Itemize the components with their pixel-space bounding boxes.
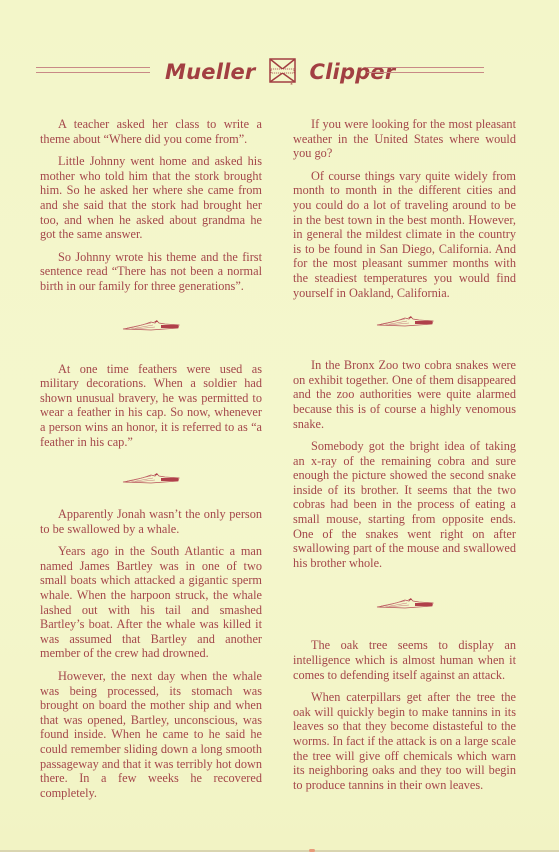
story-pleasant-weather: If you were looking for the most pleasan… (293, 117, 516, 300)
paragraph: When caterpillars get after the tree the… (293, 690, 516, 792)
paragraph: Years ago in the South Atlantic a man na… (40, 544, 262, 661)
title-mueller: Mueller (165, 60, 256, 84)
paragraph: The oak tree seems to display an intelli… (293, 638, 516, 682)
mueller-m-logo-icon: ® (269, 58, 296, 85)
masthead-title: Mueller ® Clipper (165, 58, 395, 85)
masthead: Mueller ® Clipper (0, 30, 559, 62)
paragraph: If you were looking for the most pleasan… (293, 117, 516, 161)
masthead-rule-left (36, 67, 150, 73)
story-feather-cap: At one time feathers were used as milita… (40, 362, 262, 450)
newsletter-page: Mueller ® Clipper A teacher asked her cl… (0, 0, 559, 852)
paragraph: At one time feathers were used as milita… (40, 362, 262, 450)
story-where-from: A teacher asked her class to write a the… (40, 117, 262, 294)
paragraph: So Johnny wrote his theme and the first … (40, 250, 262, 294)
story-jonah-whale: Apparently Jonah wasn’t the only person … (40, 507, 262, 800)
paragraph: Somebody got the bright idea of taking a… (293, 439, 516, 570)
story-bronx-cobras: In the Bronx Zoo two cobra snakes were o… (293, 358, 516, 570)
right-column: If you were looking for the most pleasan… (293, 117, 516, 800)
left-column: A teacher asked her class to write a the… (40, 117, 262, 808)
paragraph: A teacher asked her class to write a the… (40, 117, 262, 146)
paragraph: In the Bronx Zoo two cobra snakes were o… (293, 358, 516, 431)
masthead-rule-right (367, 67, 484, 73)
clipper-ship-ornament-icon (121, 471, 181, 485)
clipper-ship-ornament-icon (375, 596, 435, 610)
clipper-ship-ornament-icon (121, 318, 181, 332)
paragraph: However, the next day when the whale was… (40, 669, 262, 800)
paragraph: Apparently Jonah wasn’t the only person … (40, 507, 262, 536)
story-oak-tree: The oak tree seems to display an intelli… (293, 638, 516, 792)
paragraph: Of course things vary quite widely from … (293, 169, 516, 300)
svg-text:®: ® (290, 82, 293, 85)
paragraph: Little Johnny went home and asked his mo… (40, 154, 262, 242)
clipper-ship-ornament-icon (375, 314, 435, 328)
